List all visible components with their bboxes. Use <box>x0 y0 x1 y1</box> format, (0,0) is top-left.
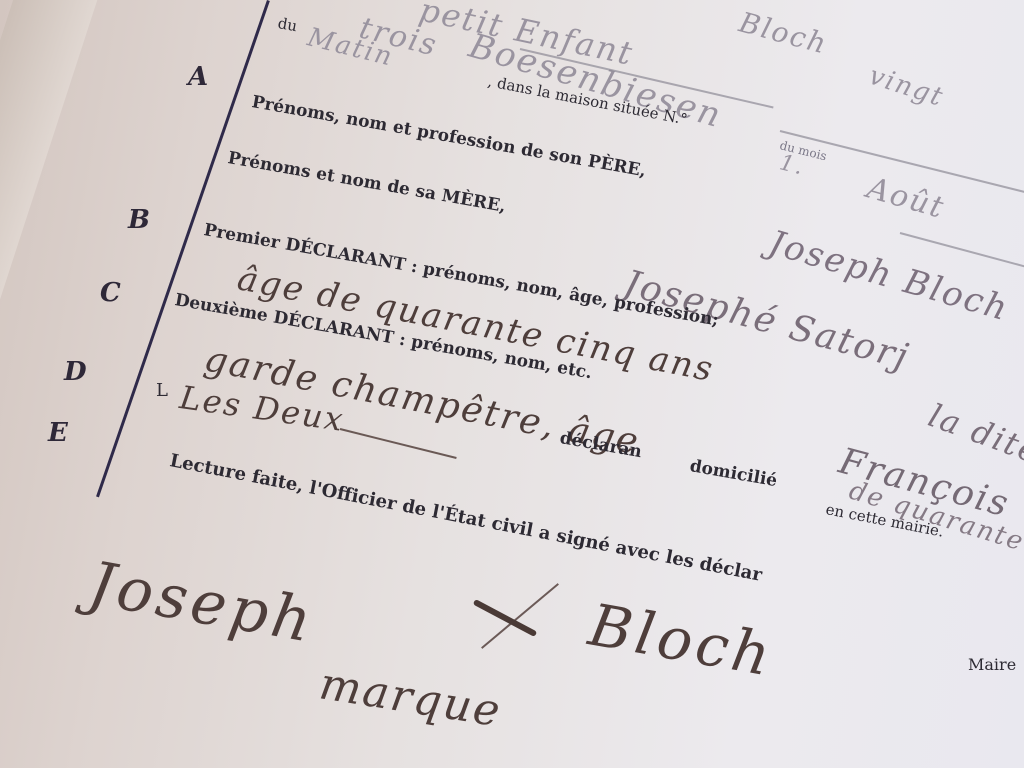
handwritten-mother-note: la dite <box>924 396 1024 471</box>
handwritten-underline <box>340 428 457 459</box>
handwritten-day: vingt <box>865 61 947 113</box>
signature-marque: marque <box>316 658 505 737</box>
printed-du: du <box>276 14 298 35</box>
margin-letter-a: A <box>188 62 208 92</box>
margin-letter-b: B <box>128 205 150 235</box>
printed-domicilie: domicilié <box>688 456 778 491</box>
printed-maire: Maire <box>968 655 1016 674</box>
printed-mother-label: Prénoms et nom de sa MÈRE, <box>226 148 507 217</box>
handwritten-house-number: 1. <box>777 150 807 180</box>
handwritten-month: Août <box>863 171 949 226</box>
printed-lecture-faite: Lecture faite, l'Officier de l'État civi… <box>168 450 764 586</box>
registry-page: A B C D E petit Enfant trois Boesenbiese… <box>0 0 1024 768</box>
margin-letter-c: C <box>100 278 121 308</box>
margin-letter-e: E <box>48 418 68 448</box>
signature-surname: Bloch <box>584 591 779 690</box>
signature-cross-mark <box>473 599 538 637</box>
signature-first-name: Joseph <box>84 549 320 657</box>
printed-line-d-start: L <box>156 380 168 401</box>
handwritten-block: Bloch <box>736 6 832 61</box>
margin-letter-d: D <box>64 357 87 387</box>
signature-mark-line <box>481 583 559 649</box>
